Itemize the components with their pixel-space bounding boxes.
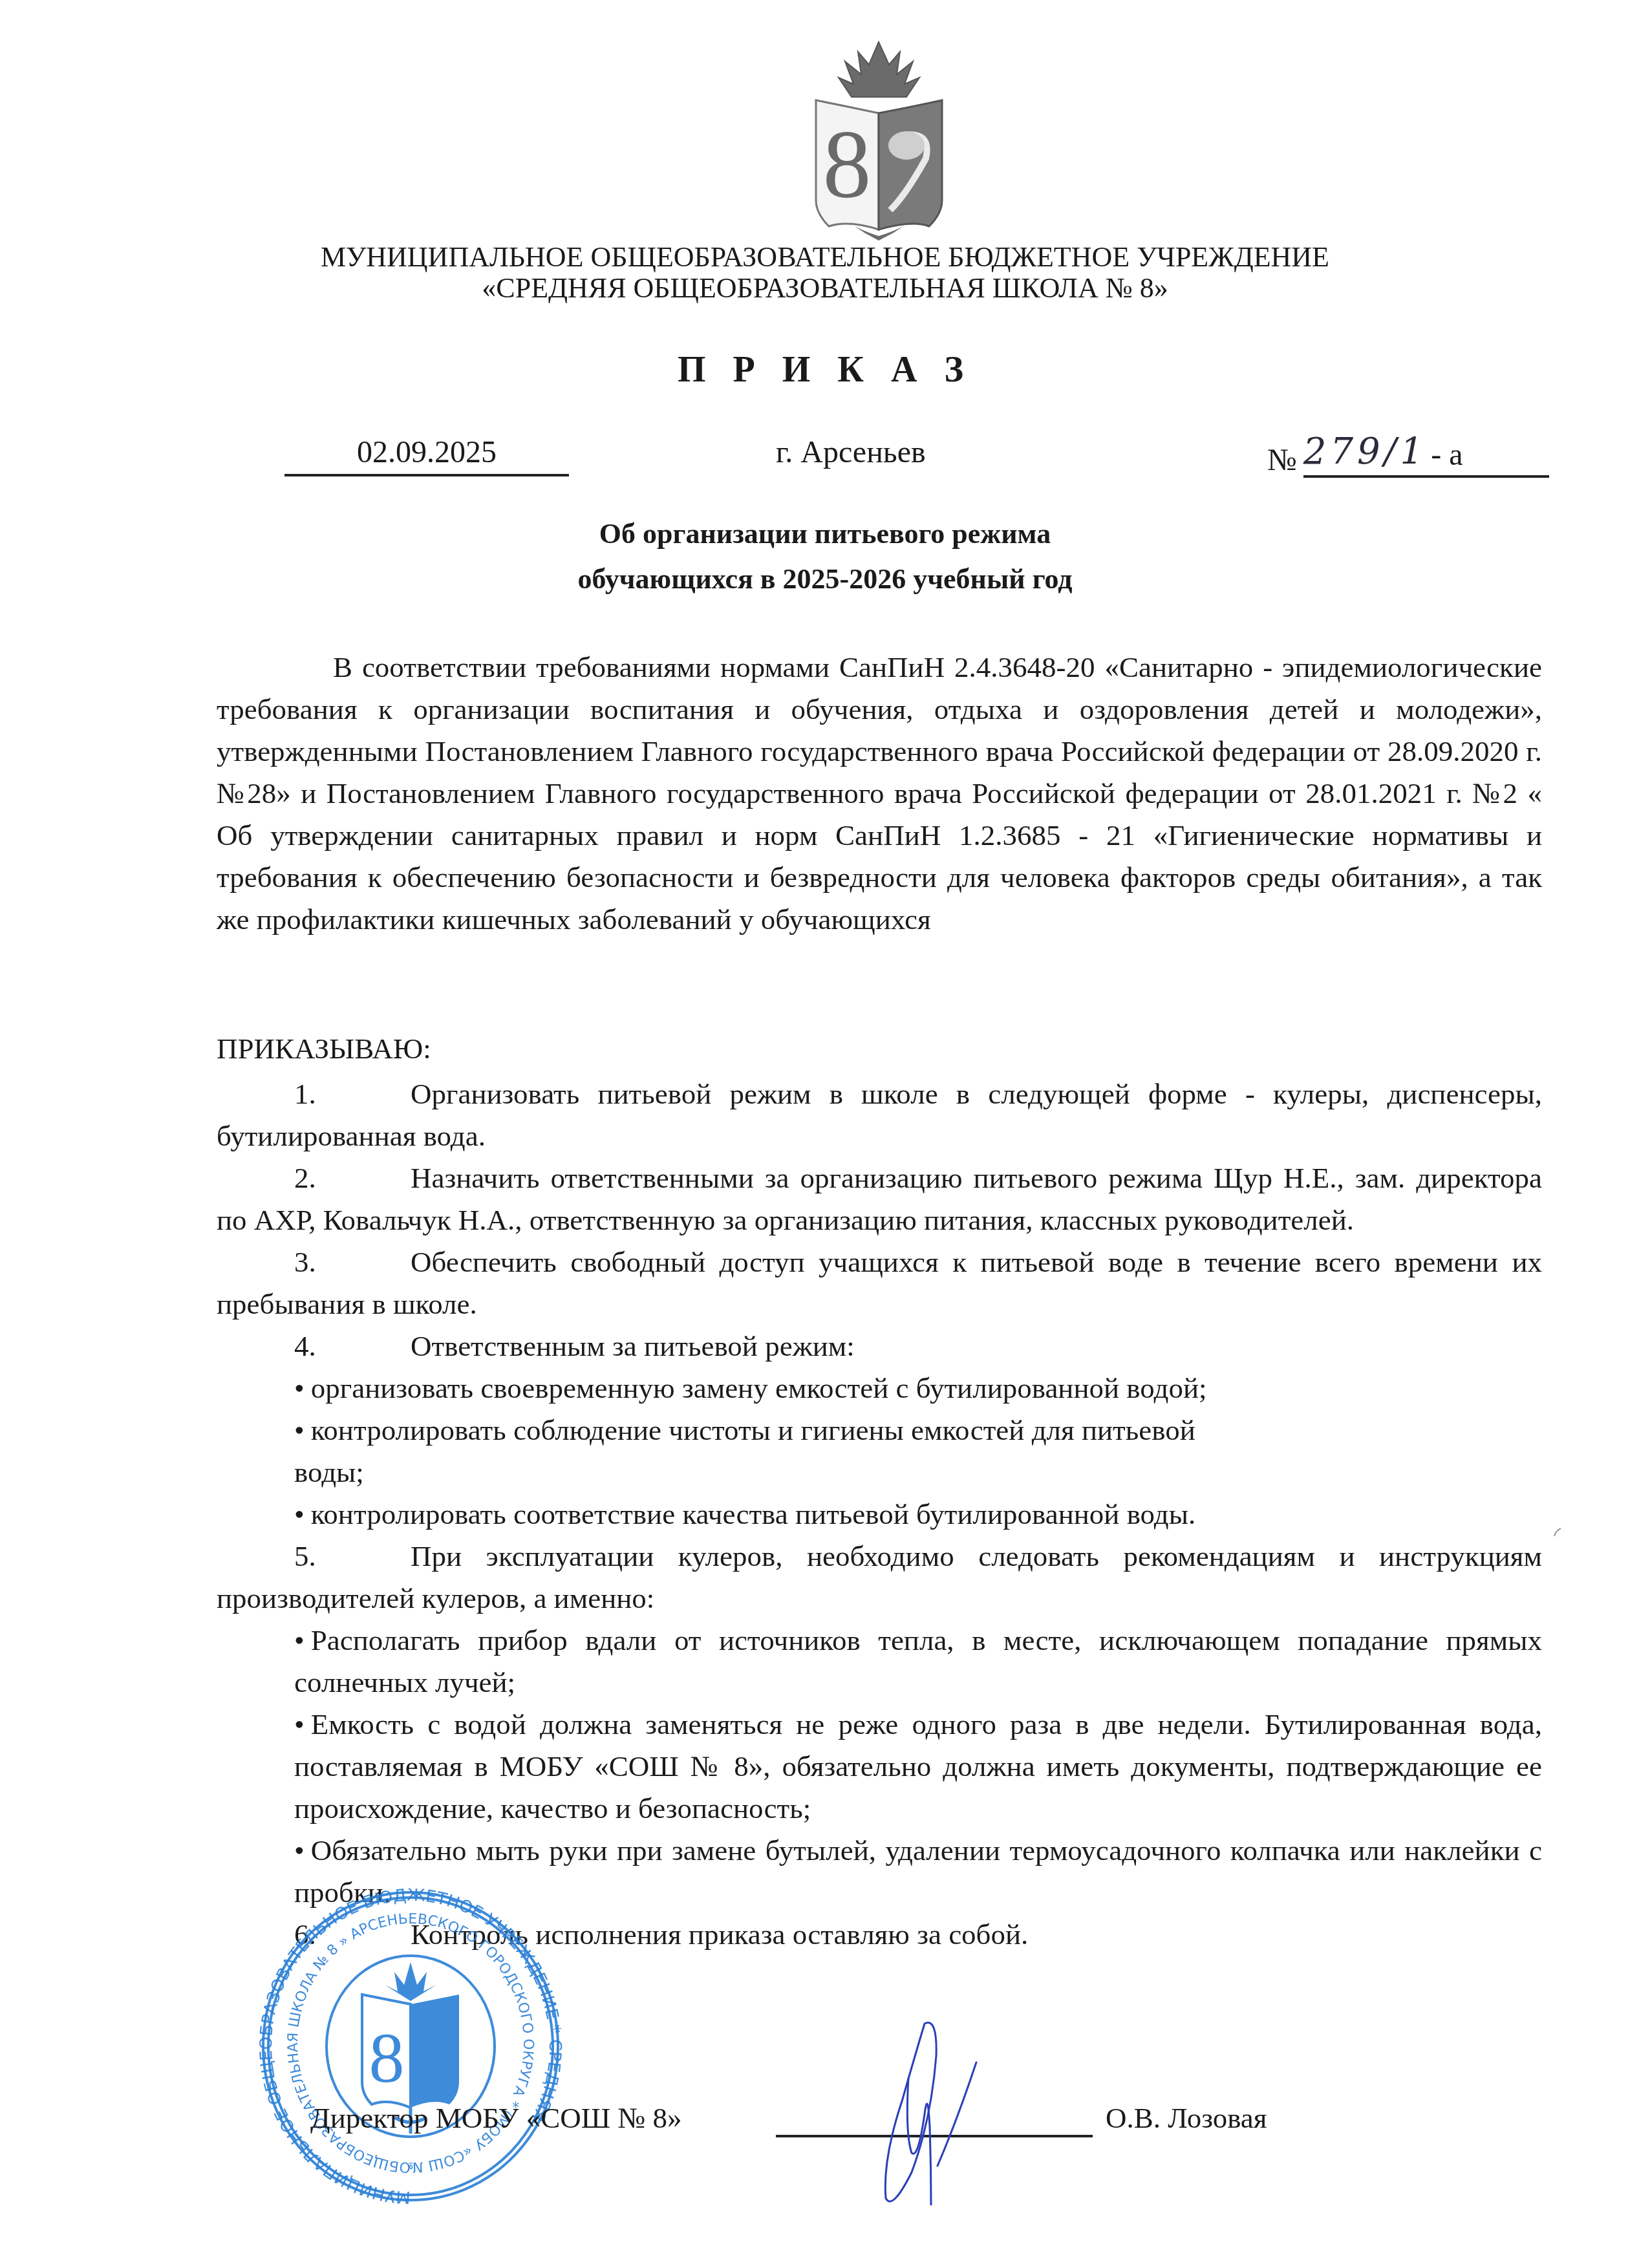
svg-text:8: 8	[369, 2018, 405, 2097]
subject-line2: обучающихся в 2025-2026 учебный год	[0, 562, 1650, 595]
school-coat-of-arms-icon: 8	[809, 39, 948, 242]
order-item-2: 2.Назначить ответственными за организаци…	[217, 1157, 1542, 1241]
order-item-5-bullet-1: •Располагать прибор вдали от источников …	[217, 1620, 1542, 1704]
order-number-suffix: - а	[1431, 437, 1462, 473]
order-item-5: 5.При эксплуатации кулеров, необходимо с…	[217, 1535, 1542, 1620]
order-item-4-bullet-3: •контролировать соответствие качества пи…	[217, 1493, 1542, 1535]
order-item-5-bullet-2: •Емкость с водой должна заменяться не ре…	[217, 1704, 1542, 1830]
order-number: № 279/1 - а	[1267, 431, 1549, 478]
handwritten-signature-icon	[847, 2017, 1009, 2211]
signatory-role: Директор МОБУ «СОШ № 8»	[310, 2101, 682, 2135]
order-item-4-bullet-2-cont: воды;	[217, 1451, 1542, 1493]
document-page: 8 МУНИЦИПАЛЬНОЕ ОБЩЕОБРАЗОВАТЕЛЬНОЕ БЮДЖ…	[0, 0, 1650, 2268]
signatory-name: О.В. Лозовая	[1106, 2101, 1267, 2135]
document-type-title: П Р И К А З	[0, 349, 1650, 390]
preamble-paragraph: В соответствии требованиями нормами СанП…	[217, 647, 1542, 941]
organization-name-line1: МУНИЦИПАЛЬНОЕ ОБЩЕОБРАЗОВАТЕЛЬНОЕ БЮДЖЕТ…	[0, 241, 1650, 273]
handwritten-order-number: 279/1	[1303, 431, 1427, 473]
order-item-4-bullet-1: •организовать своевременную замену емкос…	[217, 1367, 1542, 1409]
order-heading: ПРИКАЗЫВАЮ:	[217, 1032, 431, 1065]
order-item-4: 4.Ответственным за питьевой режим:	[217, 1325, 1542, 1367]
svg-text:8: 8	[823, 111, 872, 219]
order-number-field: 279/1 - а	[1303, 431, 1549, 478]
subject-line1: Об организации питьевого режима	[0, 517, 1650, 550]
preamble-text: В соответствии требованиями нормами СанП…	[217, 647, 1542, 941]
order-item-3: 3.Обеспечить свободный доступ учащихся к…	[217, 1241, 1542, 1325]
scan-artifact-mark	[1552, 1526, 1565, 1539]
order-items-list: 1.Организовать питьевой режим в школе в …	[217, 1073, 1542, 1956]
official-stamp-icon: МУНИЦИПАЛЬНОЕ ОБЩЕОБРАЗОВАТЕЛЬНОЕ БЮДЖЕТ…	[259, 1888, 562, 2205]
order-item-1: 1.Организовать питьевой режим в школе в …	[217, 1073, 1542, 1157]
order-item-4-bullet-2: •контролировать соблюдение чистоты и гиг…	[217, 1409, 1542, 1451]
order-city: г. Арсеньев	[776, 434, 926, 470]
order-date: 02.09.2025	[284, 434, 569, 476]
number-sign: №	[1267, 442, 1297, 478]
organization-name-line2: «СРЕДНЯЯ ОБЩЕОБРАЗОВАТЕЛЬНАЯ ШКОЛА № 8»	[0, 272, 1650, 305]
